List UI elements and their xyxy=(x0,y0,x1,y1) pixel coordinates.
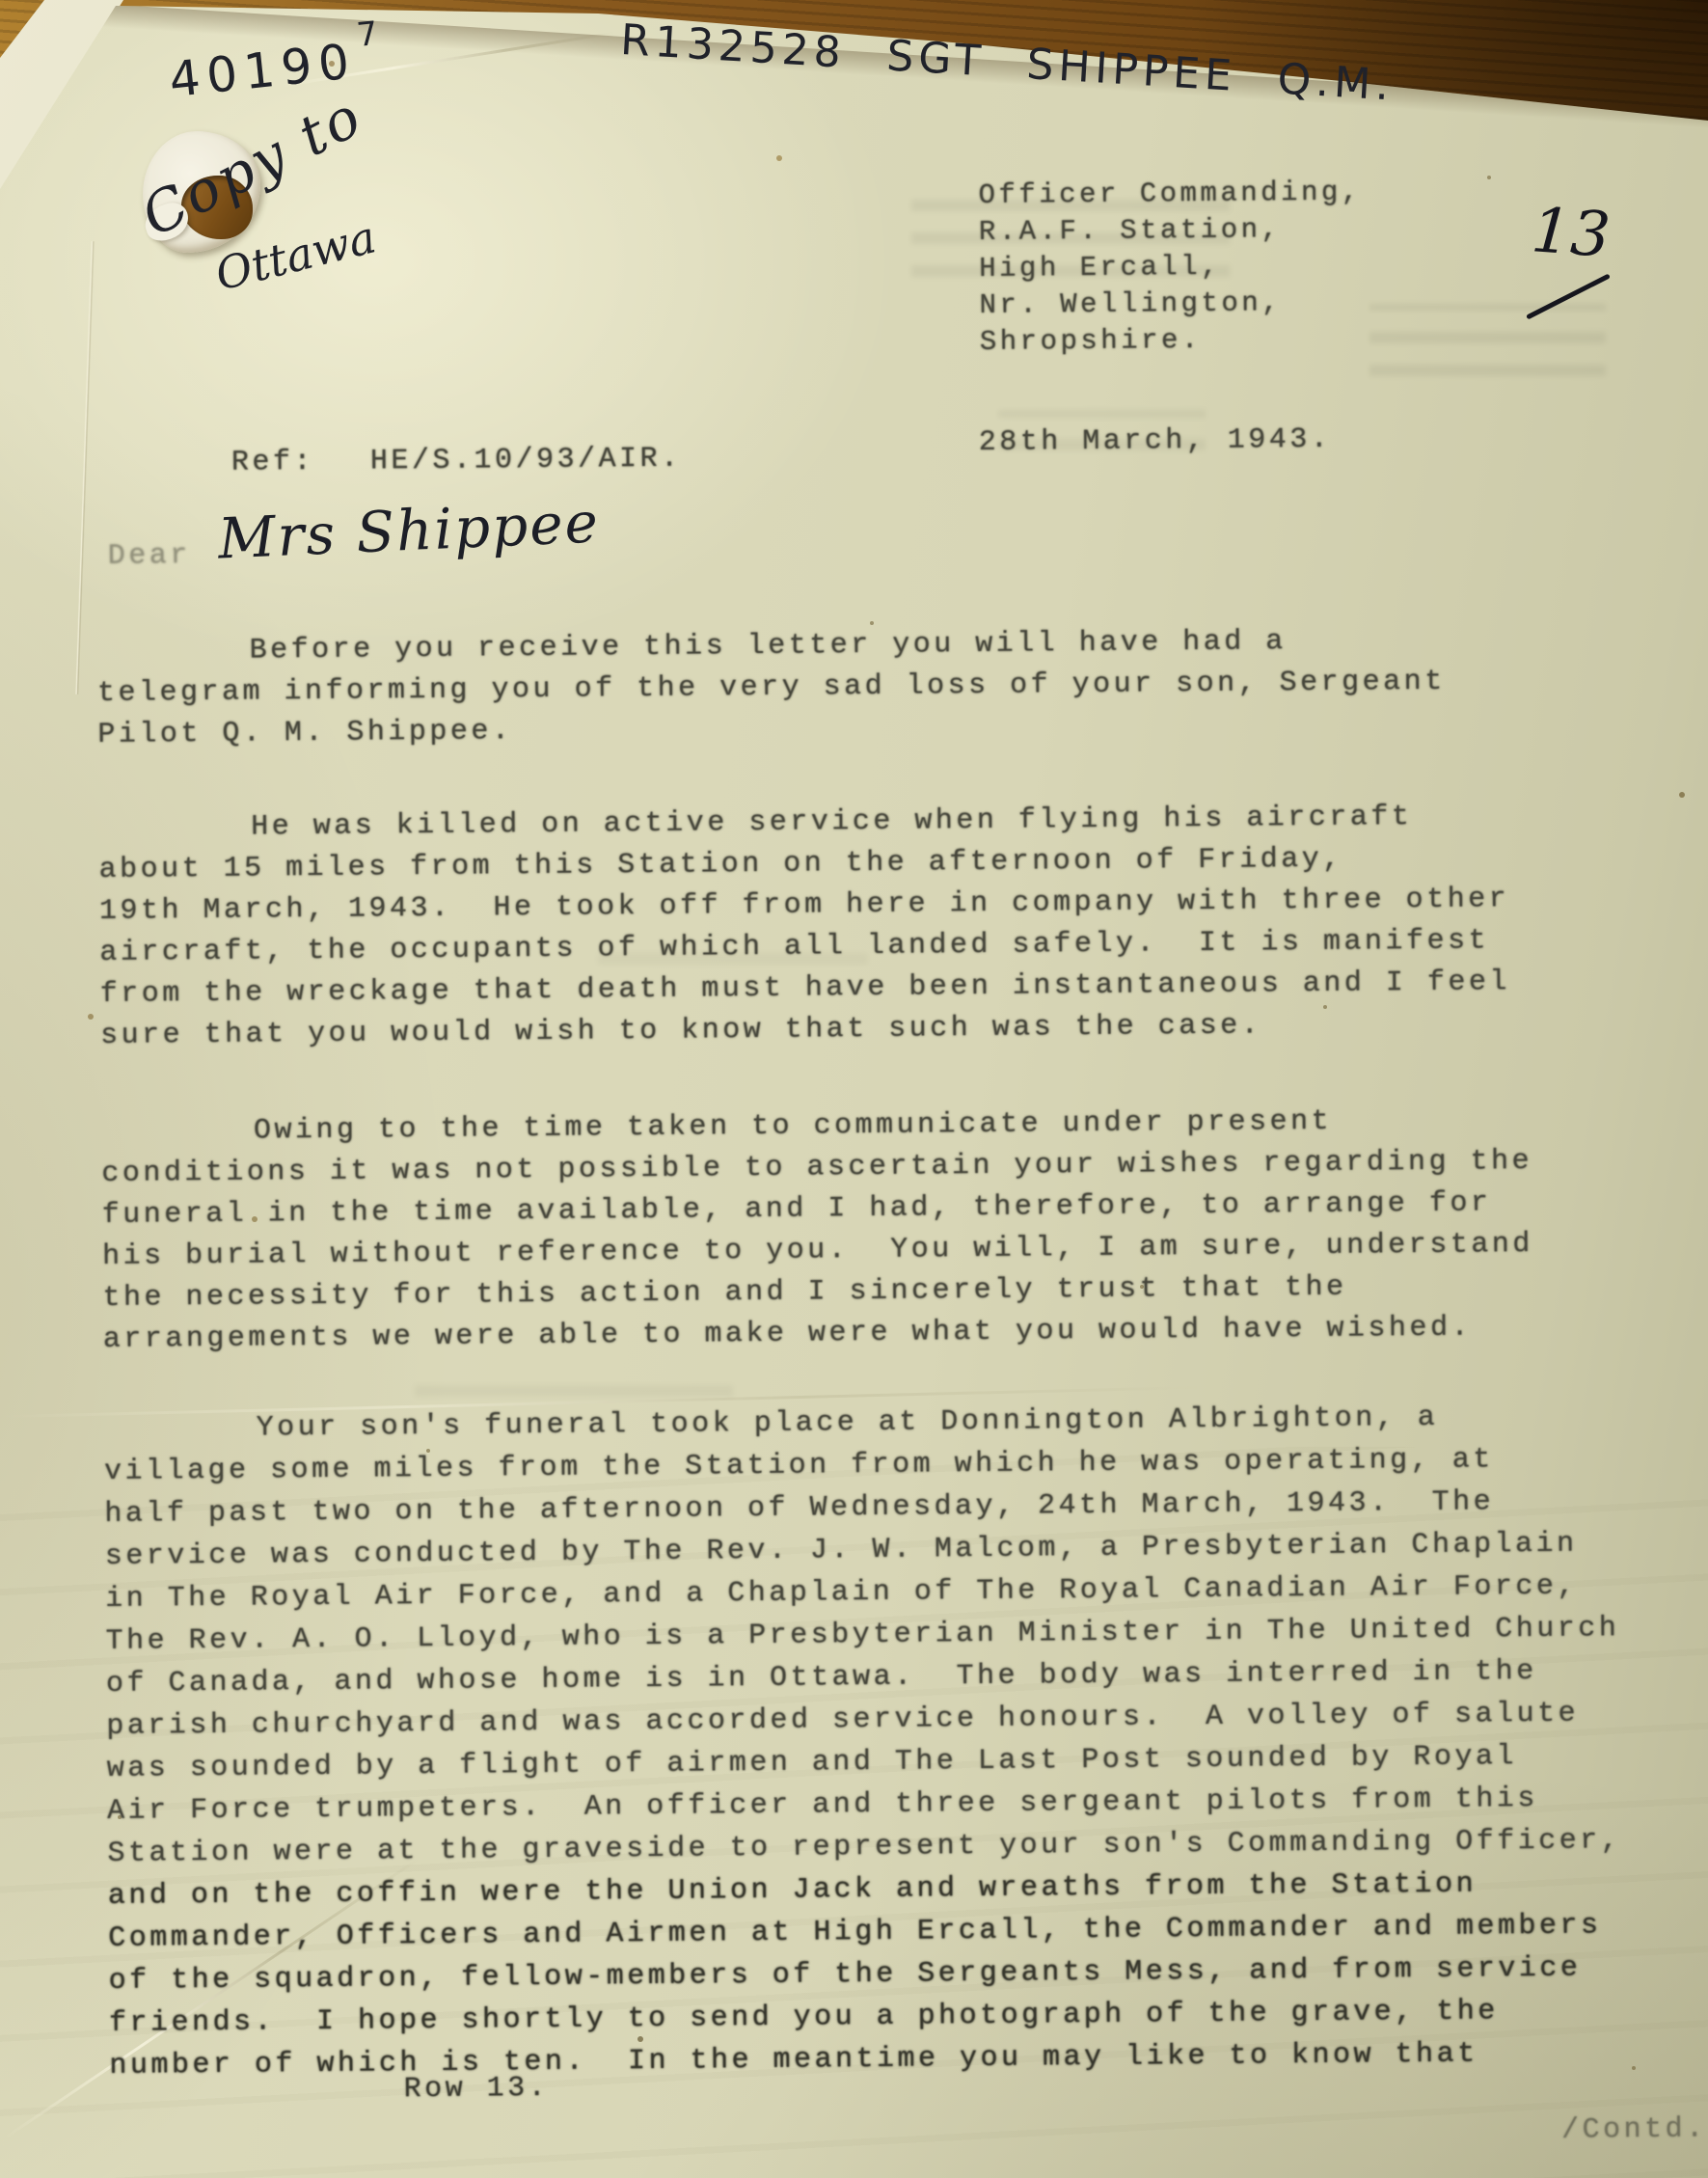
text-line: High Ercall, xyxy=(979,248,1362,287)
paragraph-1: Before you receive this letter you will … xyxy=(96,620,1446,756)
scanned-letter-photo: Officer Commanding,R.A.F. Station,High E… xyxy=(0,0,1708,2178)
paragraph-3: Owing to the time taken to communicate u… xyxy=(101,1100,1534,1361)
text-line: Officer Commanding, xyxy=(978,175,1361,214)
sender-address-block: Officer Commanding,R.A.F. Station,High E… xyxy=(978,175,1363,361)
grave-row-note: Row 13. xyxy=(404,2072,550,2106)
continuation-mark: /Contd.. xyxy=(1561,2112,1708,2147)
text-line: R.A.F. Station, xyxy=(979,211,1362,251)
text-line: Shropshire. xyxy=(980,321,1363,361)
typed-text-layer: Officer Commanding,R.A.F. Station,High E… xyxy=(0,0,1708,2178)
letter-date: 28th March, 1943. xyxy=(979,423,1332,459)
file-number-superscript: 7 xyxy=(355,14,387,55)
handwritten-page-number: 13 xyxy=(1530,195,1613,272)
salutation-typed: Dear xyxy=(108,539,191,573)
paragraph-4: Your son's funeral took place at Donning… xyxy=(104,1395,1624,2087)
paragraph-2: He was killed on active service when fly… xyxy=(98,796,1510,1057)
reference-number: HE/S.10/93/AIR. xyxy=(370,443,682,478)
text-line: Nr. Wellington, xyxy=(979,285,1362,324)
reference-label: Ref: xyxy=(231,446,314,479)
